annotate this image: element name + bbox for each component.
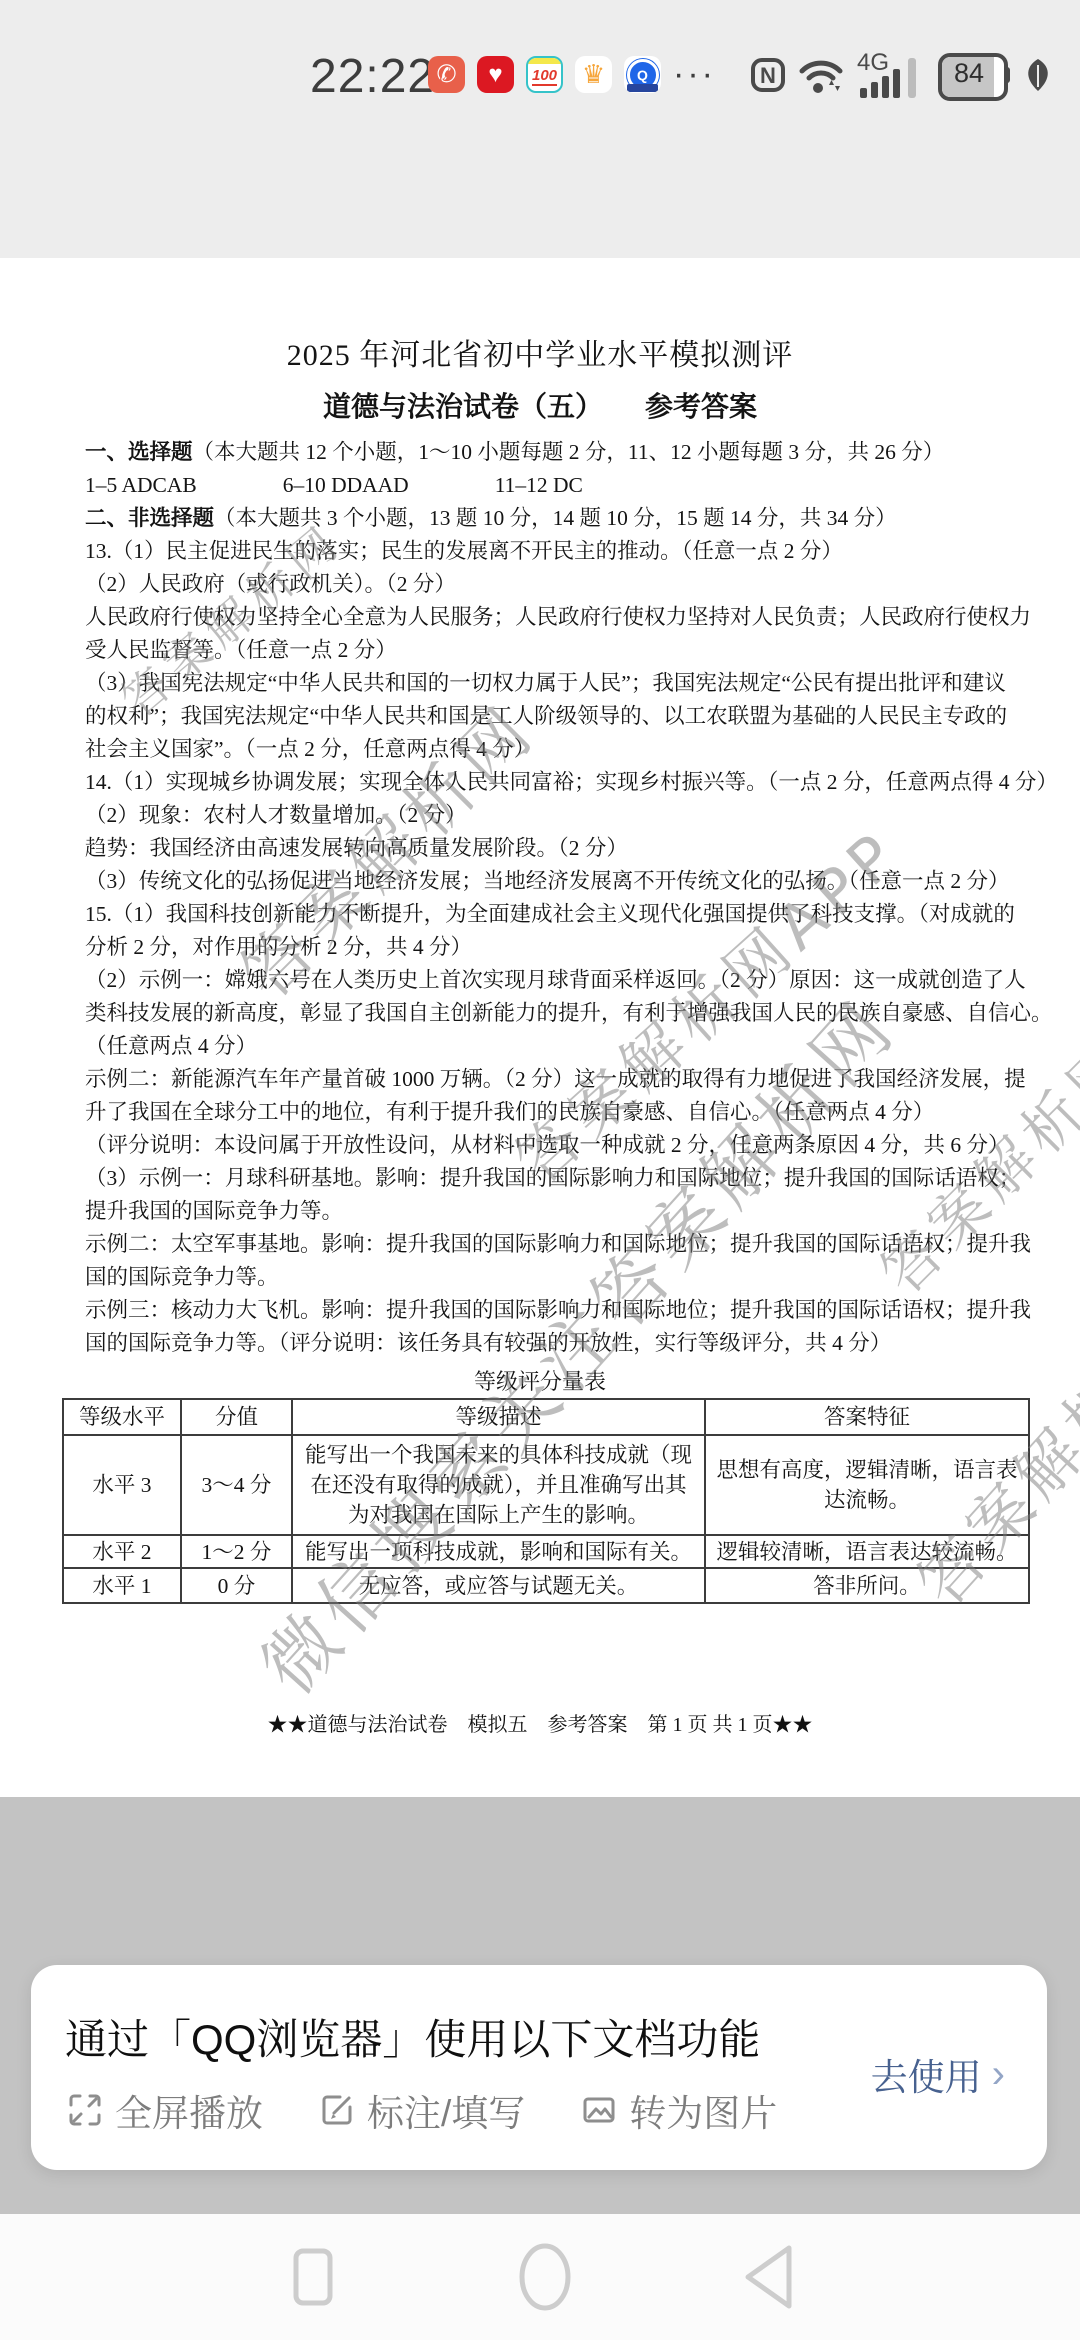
grade-table-header-cell: 等级水平: [63, 1399, 181, 1435]
doc-line: 人民政府行使权力坚持全心全意为人民服务；人民政府行使权力坚持对人民负责；人民政府…: [85, 601, 1035, 634]
doc-line: （2）人民政府（或行政机关）。（2 分）: [85, 568, 1035, 601]
grade-table-cell: 水平 3: [63, 1435, 181, 1535]
fullscreen-play-label: 全屏播放: [115, 2083, 263, 2137]
go-use-label: 去使用: [871, 2047, 982, 2101]
doc-line: （任意两点 4 分）: [85, 1030, 1035, 1063]
doc-line: （2）示例一：嫦娥六号在人类历史上首次实现月球背面采样返回。（2 分）原因：这一…: [85, 964, 1035, 997]
back-nav-icon[interactable]: [748, 2248, 789, 2306]
battery-icon: 84: [938, 53, 1012, 97]
exam-subtitle: 道德与法治试卷（五） 参考答案: [0, 385, 1080, 425]
doc-line: 示例二：新能源汽车年产量首破 1000 万辆。（2 分）这一成就的取得有力地促进…: [85, 1063, 1035, 1096]
document-page[interactable]: 2025 年河北省初中学业水平模拟测评 道德与法治试卷（五） 参考答案 一、选择…: [0, 258, 1080, 1797]
doc-line: （3）示例一：月球科研基地。影响：提升我国的国际影响力和国际地位；提升我国的国际…: [85, 1162, 1035, 1195]
doc-line: 14.（1）实现城乡协调发展；实现全体人民共同富裕；实现乡村振兴等。（一点 2 …: [85, 766, 1035, 799]
annotate-icon: [319, 2092, 355, 2128]
page-footer: ★★道德与法治试卷 模拟五 参考答案 第 1 页 共 1 页★★: [0, 1708, 1080, 1737]
grade-table-cell: 无应答，或应答与试题无关。: [292, 1568, 705, 1603]
doc-line: 受人民监督等。（任意一点 2 分）: [85, 634, 1035, 667]
grade-table-row: 水平 10 分无应答，或应答与试题无关。答非所问。: [63, 1568, 1029, 1603]
power-save-leaf-icon: [1024, 57, 1052, 93]
grade-table-cell: 水平 1: [63, 1568, 181, 1603]
doc-line: 趋势：我国经济由高速发展转向高质量发展阶段。（2 分）: [85, 832, 1035, 865]
clock: 22:22: [310, 49, 435, 104]
network-type-label: 4G: [857, 50, 889, 76]
grade-table-title: 等级评分量表: [0, 1365, 1080, 1396]
fullscreen-icon: [67, 2092, 103, 2128]
battery-percent: 84: [938, 58, 1000, 89]
to-image-icon: [581, 2092, 617, 2128]
to-image-label: 转为图片: [629, 2083, 777, 2137]
grade-table-cell: 思想有高度，逻辑清晰，语言表达流畅。: [705, 1435, 1029, 1535]
doc-line: 分析 2 分，对作用的分析 2 分，共 4 分）: [85, 931, 1035, 964]
feature-list: 全屏播放 标注/填写 转为图片: [67, 2083, 777, 2137]
go-use-button[interactable]: 去使用 ›: [871, 2047, 1005, 2101]
qq-browser-promo-card: 通过「QQ浏览器」使用以下文档功能 去使用 › 全屏播放: [31, 1965, 1047, 2170]
doc-line: 二、非选择题（本大题共 3 个小题，13 题 10 分，14 题 10 分，15…: [85, 502, 1035, 535]
doc-line: 一、选择题（本大题共 12 个小题，1～10 小题每题 2 分，11、12 小题…: [85, 436, 1035, 469]
doc-line: 类科技发展的新高度，彰显了我国自主创新能力的提升，有利于增强我国人民的民族自豪感…: [85, 997, 1035, 1030]
to-image-item[interactable]: 转为图片: [581, 2083, 777, 2137]
grade-table-cell: 3～4 分: [181, 1435, 292, 1535]
red-heart-app-icon: ♥: [477, 56, 514, 93]
grade-table-cell: 水平 2: [63, 1535, 181, 1568]
nfc-icon: N: [750, 57, 786, 93]
home-icon[interactable]: [522, 2246, 568, 2308]
promo-title: 通过「QQ浏览器」使用以下文档功能: [65, 2007, 760, 2067]
grade-table-header-cell: 答案特征: [705, 1399, 1029, 1435]
status-icons: N 4G 84: [750, 50, 1052, 100]
doc-line: 15.（1）我国科技创新能力不断提升，为全面建成社会主义现代化强国提供了科技支撑…: [85, 898, 1035, 931]
notification-icons: ✆ ♥ 100 ♛ Q ···: [428, 56, 716, 93]
doc-line: （3）传统文化的弘扬促进当地经济发展；当地经济发展离不开传统文化的弘扬。（任意一…: [85, 865, 1035, 898]
grade-table-cell: 能写出一个我国未来的具体科技成就（现在还没有取得的成就），并且准确写出其为对我国…: [292, 1435, 705, 1535]
app-bar: 九年级模拟卷（五） 道德与法治 参… 文件预览 •••: [0, 105, 1080, 258]
chevron-right-icon: ›: [992, 2054, 1005, 2094]
fullscreen-play-item[interactable]: 全屏播放: [67, 2083, 263, 2137]
exam-title: 2025 年河北省初中学业水平模拟测评: [0, 330, 1080, 374]
doc-line: （评分说明：本设问属于开放性设问，从材料中选取一种成就 2 分，任意两条原因 4…: [85, 1129, 1035, 1162]
grade-table-body: 水平 33～4 分能写出一个我国未来的具体科技成就（现在还没有取得的成就），并且…: [63, 1435, 1029, 1603]
doc-line: 社会主义国家”。（一点 2 分，任意两点得 4 分）: [85, 733, 1035, 766]
grade-table-cell: 答非所问。: [705, 1568, 1029, 1603]
grade-table: 等级水平分值等级描述答案特征 水平 33～4 分能写出一个我国未来的具体科技成就…: [62, 1398, 1030, 1604]
score-100-app-icon: 100: [526, 56, 563, 93]
doc-line: 示例三：核动力大飞机。影响：提升我国的国际影响力和国际地位；提升我国的国际话语权…: [85, 1294, 1035, 1327]
grade-table-cell: 1～2 分: [181, 1535, 292, 1568]
grade-table-cell: 0 分: [181, 1568, 292, 1603]
recents-icon[interactable]: [296, 2251, 330, 2303]
phone-screen: 22:22 ✆ ♥ 100 ♛ Q ··· N 4G: [0, 0, 1080, 2340]
grade-table-header-row: 等级水平分值等级描述答案特征: [63, 1399, 1029, 1435]
grade-table-cell: 逻辑较清晰，语言表达较流畅。: [705, 1535, 1029, 1568]
qq-browser-app-icon: Q: [624, 56, 661, 93]
doc-line: （2）现象：农村人才数量增加。（2 分）: [85, 799, 1035, 832]
grade-table-row: 水平 21～2 分能写出一项科技成就，影响和国际有关。逻辑较清晰，语言表达较流畅…: [63, 1535, 1029, 1568]
notification-overflow-dots: ···: [673, 56, 716, 93]
annotate-fill-item[interactable]: 标注/填写: [319, 2083, 525, 2137]
wifi-icon: [798, 55, 844, 95]
doc-line: 示例二：太空军事基地。影响：提升我国的国际影响力和国际地位；提升我国的国际话语权…: [85, 1228, 1035, 1261]
annotate-fill-label: 标注/填写: [367, 2083, 525, 2137]
signal-icon: 4G: [856, 50, 926, 100]
android-nav-bar: [0, 2214, 1080, 2340]
doc-line: 国的国际竞争力等。: [85, 1261, 1035, 1294]
status-bar: 22:22 ✆ ♥ 100 ♛ Q ··· N 4G: [0, 0, 1080, 105]
grade-table-header-cell: 分值: [181, 1399, 292, 1435]
doc-line: 提升我国的国际竞争力等。: [85, 1195, 1035, 1228]
missed-call-app-icon: ✆: [428, 56, 465, 93]
doc-line: 1–5 ADCAB 6–10 DDAAD 11–12 DC: [85, 469, 1035, 502]
doc-line: 升了我国在全球分工中的地位，有利于提升我们的民族自豪感、自信心。（任意两点 4 …: [85, 1096, 1035, 1129]
doc-line: 13.（1）民主促进民生的落实；民生的发展离不开民主的推动。（任意一点 2 分）: [85, 535, 1035, 568]
grade-table-header-cell: 等级描述: [292, 1399, 705, 1435]
doc-body: 一、选择题（本大题共 12 个小题，1～10 小题每题 2 分，11、12 小题…: [85, 436, 1035, 1360]
doc-line: 国的国际竞争力等。（评分说明：该任务具有较强的开放性，实行等级评分，共 4 分）: [85, 1327, 1035, 1360]
svg-text:N: N: [760, 63, 776, 88]
doc-line: （3）我国宪法规定“中华人民共和国的一切权力属于人民”；我国宪法规定“公民有提出…: [85, 667, 1035, 700]
grade-table-cell: 能写出一项科技成就，影响和国际有关。: [292, 1535, 705, 1568]
grade-table-row: 水平 33～4 分能写出一个我国未来的具体科技成就（现在还没有取得的成就），并且…: [63, 1435, 1029, 1535]
doc-line: 的权利”；我国宪法规定“中华人民共和国是工人阶级领导的、以工农联盟为基础的人民民…: [85, 700, 1035, 733]
orange-lion-app-icon: ♛: [575, 56, 612, 93]
